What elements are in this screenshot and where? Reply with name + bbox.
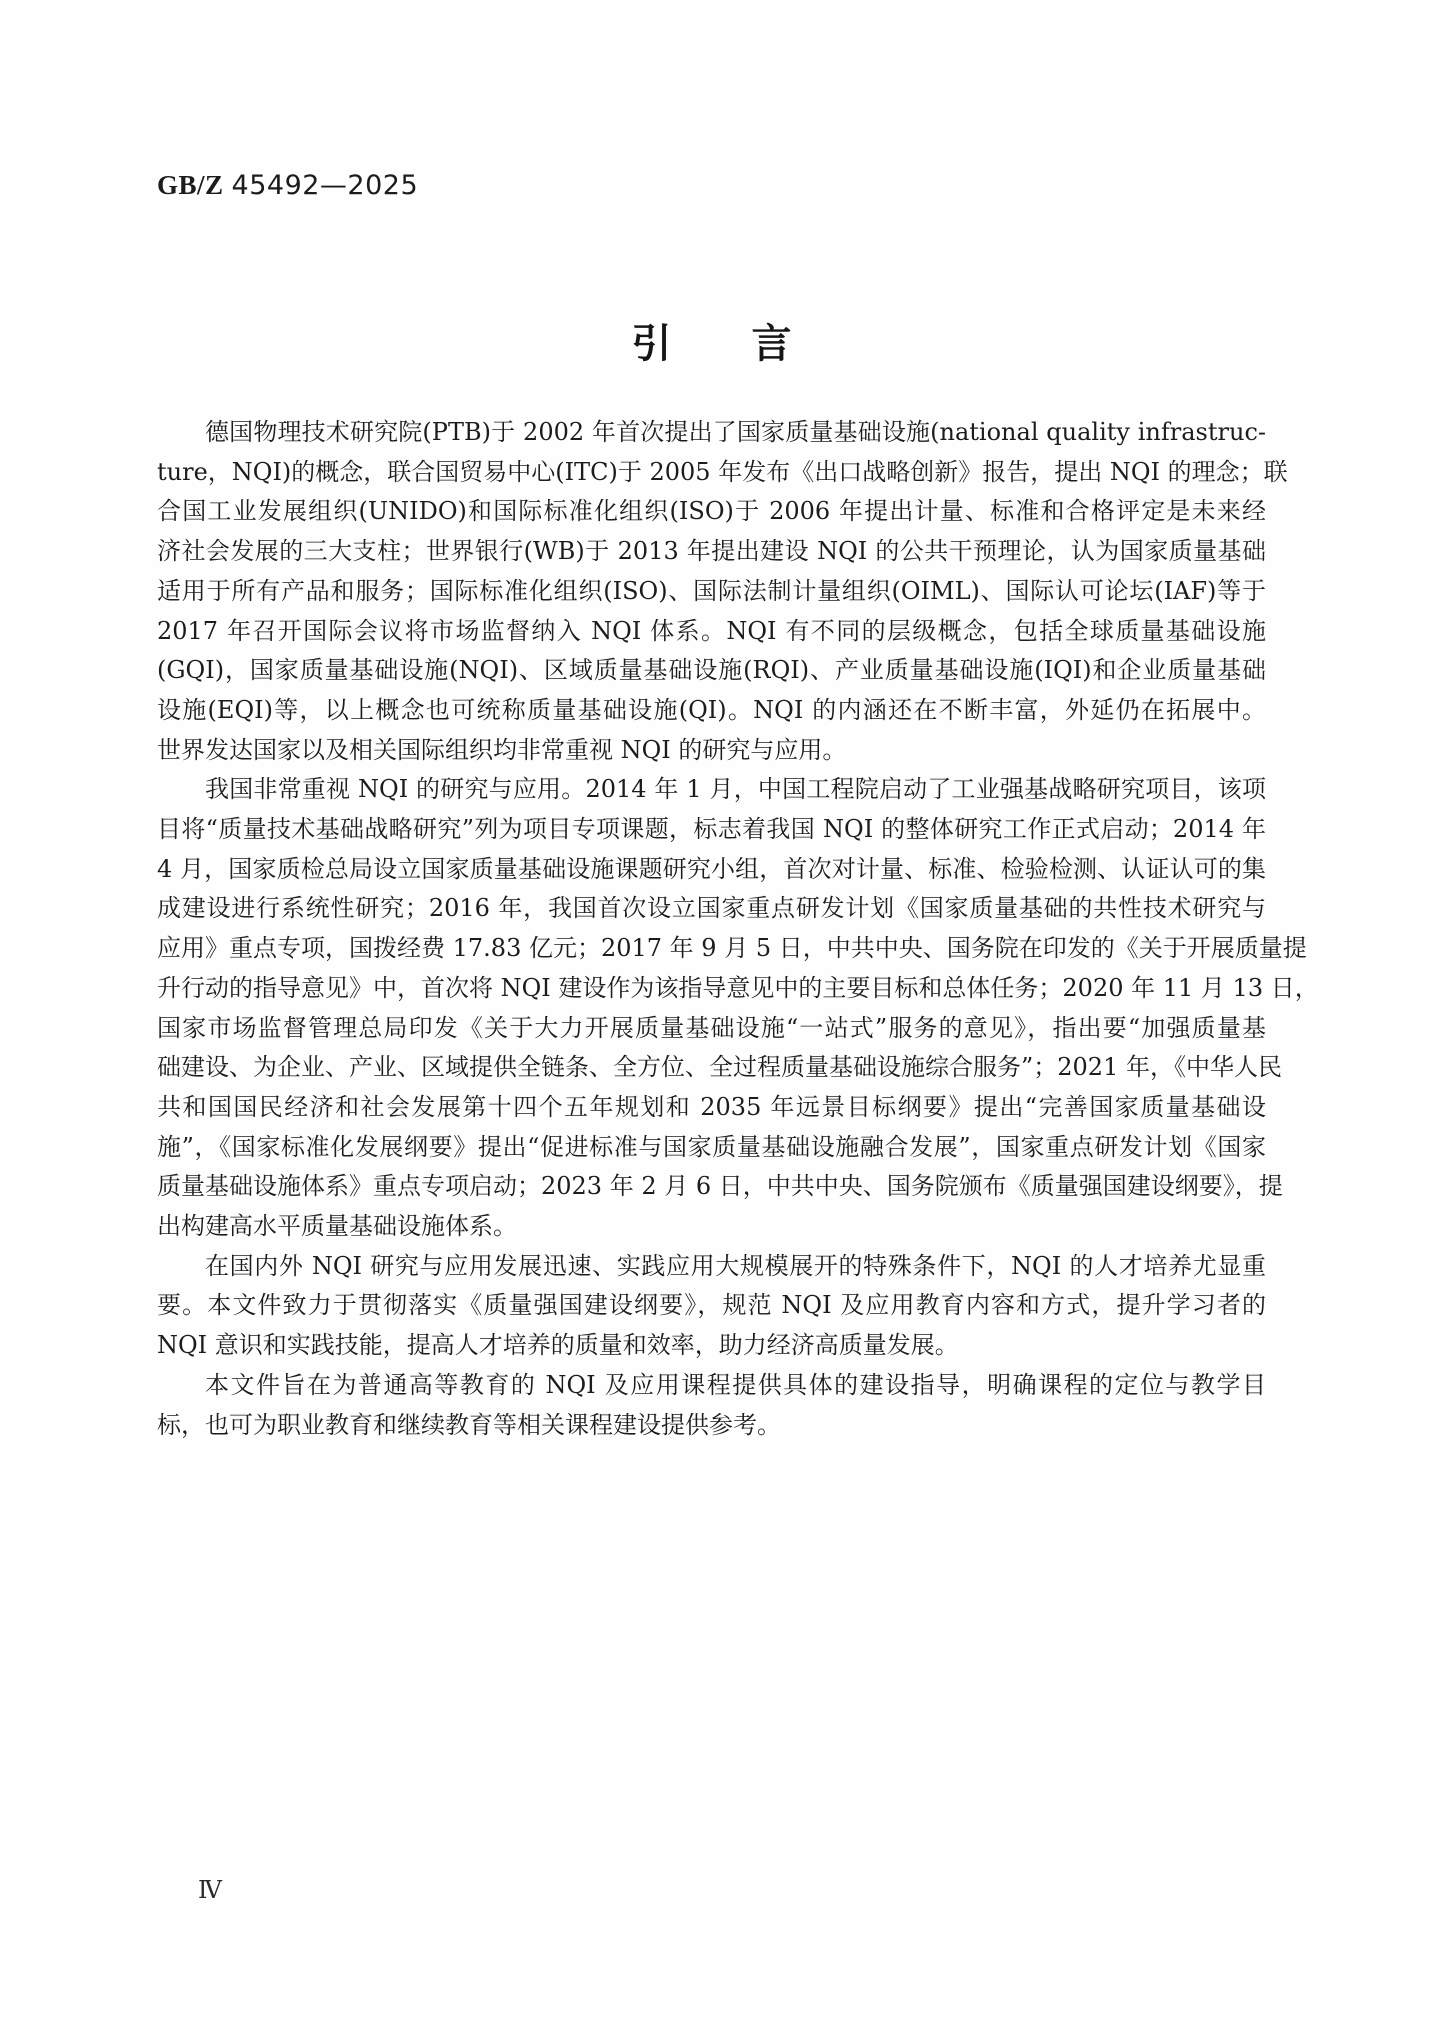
text-line: 世界发达国家以及相关国际组织均非常重视 NQI 的研究与应用。	[157, 731, 1266, 771]
text-line: NQI 意识和实践技能，提高人才培养的质量和效率，助力经济高质量发展。	[157, 1326, 1266, 1366]
text-line: 成建设进行系统性研究；2016 年，我国首次设立国家重点研发计划《国家质量基础的…	[157, 889, 1266, 929]
text-line: 在国内外 NQI 研究与应用发展迅速、实践应用大规模展开的特殊条件下，NQI 的…	[157, 1247, 1266, 1287]
text-line: 国家市场监督管理总局印发《关于大力开展质量基础设施“一站式”服务的意见》，指出要…	[157, 1009, 1266, 1049]
text-line: 2017 年召开国际会议将市场监督纳入 NQI 体系。NQI 有不同的层级概念，…	[157, 612, 1266, 652]
standard-code-prefix: GB/Z	[157, 170, 224, 200]
text-line: 质量基础设施体系》重点专项启动；2023 年 2 月 6 日，中共中央、国务院颁…	[157, 1167, 1266, 1207]
text-line: 出构建高水平质量基础设施体系。	[157, 1207, 1266, 1247]
text-line: 共和国国民经济和社会发展第十四个五年规划和 2035 年远景目标纲要》提出“完善…	[157, 1088, 1266, 1128]
text-line: 合国工业发展组织(UNIDO)和国际标准化组织(ISO)于 2006 年提出计量…	[157, 492, 1266, 532]
text-line: 应用》重点专项，国拨经费 17.83 亿元；2017 年 9 月 5 日，中共中…	[157, 929, 1266, 969]
page-title: 引 言	[157, 312, 1266, 369]
document-footer: Ⅳ	[198, 1876, 222, 1904]
text-line: 升行动的指导意见》中，首次将 NQI 建设作为该指导意见中的主要目标和总体任务；…	[157, 969, 1266, 1009]
text-line: 我国非常重视 NQI 的研究与应用。2014 年 1 月，中国工程院启动了工业强…	[157, 770, 1266, 810]
paragraph-1: 德国物理技术研究院(PTB)于 2002 年首次提出了国家质量基础设施(nati…	[157, 413, 1266, 770]
text-line: 要。本文件致力于贯彻落实《质量强国建设纲要》，规范 NQI 及应用教育内容和方式…	[157, 1286, 1266, 1326]
paragraph-4: 本文件旨在为普通高等教育的 NQI 及应用课程提供具体的建设指导，明确课程的定位…	[157, 1366, 1266, 1445]
paragraph-2: 我国非常重视 NQI 的研究与应用。2014 年 1 月，中国工程院启动了工业强…	[157, 770, 1266, 1246]
document-header: GB/Z45492—2025	[157, 170, 418, 201]
text-line: (GQI)，国家质量基础设施(NQI)、区域质量基础设施(RQI)、产业质量基础…	[157, 651, 1266, 691]
text-line: 标，也可为职业教育和继续教育等相关课程建设提供参考。	[157, 1406, 1266, 1446]
document-page: GB/Z45492—2025 引 言 德国物理技术研究院(PTB)于 2002 …	[0, 0, 1445, 2043]
text-line: 础建设、为企业、产业、区域提供全链条、全方位、全过程质量基础设施综合服务”；20…	[157, 1048, 1266, 1088]
text-line: 4 月，国家质检总局设立国家质量基础设施课题研究小组，首次对计量、标准、检验检测…	[157, 850, 1266, 890]
document-body: 德国物理技术研究院(PTB)于 2002 年首次提出了国家质量基础设施(nati…	[157, 413, 1266, 1445]
page-number: Ⅳ	[198, 1876, 222, 1904]
text-line: ture，NQI)的概念，联合国贸易中心(ITC)于 2005 年发布《出口战略…	[157, 453, 1266, 493]
text-line: 施”，《国家标准化发展纲要》提出“促进标准与国家质量基础设施融合发展”，国家重点…	[157, 1128, 1266, 1168]
paragraph-3: 在国内外 NQI 研究与应用发展迅速、实践应用大规模展开的特殊条件下，NQI 的…	[157, 1247, 1266, 1366]
text-line: 目将“质量技术基础战略研究”列为项目专项课题，标志着我国 NQI 的整体研究工作…	[157, 810, 1266, 850]
text-line: 适用于所有产品和服务；国际标准化组织(ISO)、国际法制计量组织(OIML)、国…	[157, 572, 1266, 612]
text-line: 本文件旨在为普通高等教育的 NQI 及应用课程提供具体的建设指导，明确课程的定位…	[157, 1366, 1266, 1406]
standard-code-number: 45492—2025	[232, 170, 419, 201]
text-line: 济社会发展的三大支柱；世界银行(WB)于 2013 年提出建设 NQI 的公共干…	[157, 532, 1266, 572]
text-line: 设施(EQI)等，以上概念也可统称质量基础设施(QI)。NQI 的内涵还在不断丰…	[157, 691, 1266, 731]
text-line: 德国物理技术研究院(PTB)于 2002 年首次提出了国家质量基础设施(nati…	[157, 413, 1266, 453]
